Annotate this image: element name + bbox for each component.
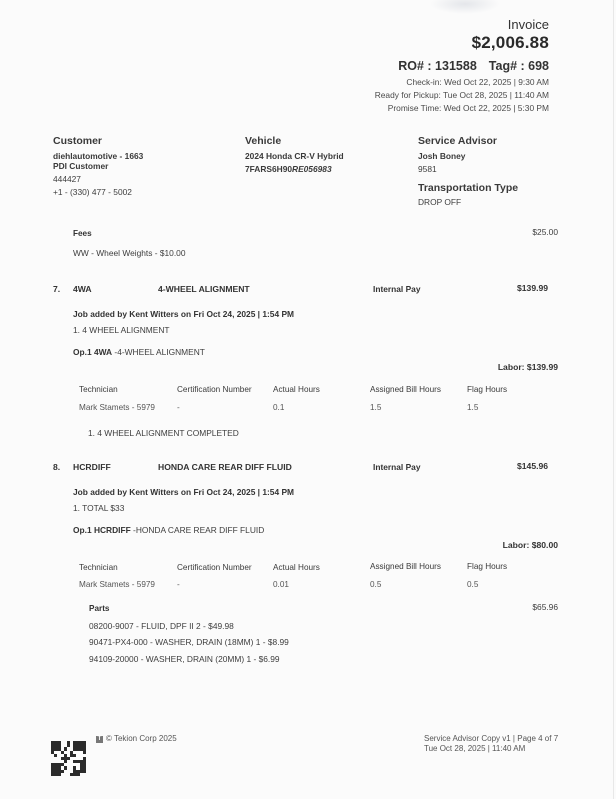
customer-name: diehlautomotive - 1663: [53, 151, 143, 161]
op-line: Op.1 HCRDIFF -HONDA CARE REAR DIFF FLUID: [73, 525, 264, 535]
qr-code-icon: [51, 741, 86, 776]
promise-time: Promise Time: Wed Oct 22, 2025 | 5:30 PM: [388, 103, 549, 113]
page-edge: [613, 0, 614, 799]
job-pay-type: Internal Pay: [373, 284, 420, 294]
transportation-value: DROP OFF: [418, 197, 461, 207]
job-code: 4WA: [73, 284, 92, 294]
col-certification: Certification Number: [177, 563, 252, 572]
job-concern: 1. 4 WHEEL ALIGNMENT: [73, 325, 170, 335]
job-added-by: Job added by Kent Witters on Fri Oct 24,…: [73, 487, 294, 497]
vehicle-vin: 7FARS6H90RE056983: [245, 164, 332, 174]
ready-for-pickup: Ready for Pickup: Tue Oct 28, 2025 | 11:…: [375, 90, 549, 100]
col-technician: Technician: [79, 563, 118, 572]
ro-number: RO# : 131588: [398, 59, 477, 73]
vehicle-label: Vehicle: [245, 135, 281, 147]
cell-assigned-bill-hours: 0.5: [370, 580, 381, 589]
labor-total: Labor: $139.99: [498, 362, 558, 372]
invoice-total: $2,006.88: [472, 33, 549, 53]
job-pay-type: Internal Pay: [373, 462, 420, 472]
service-advisor-name: Josh Boney: [418, 151, 465, 161]
customer-phone: +1 - (330) 477 - 5002: [53, 187, 132, 197]
job-concern: 1. TOTAL $33: [73, 503, 124, 513]
parts-total: $65.96: [532, 602, 558, 612]
job-number: 8.: [53, 462, 60, 472]
op-description: -HONDA CARE REAR DIFF FLUID: [133, 525, 264, 535]
printed-date: Tue Oct 28, 2025 | 11:40 AM: [424, 744, 525, 753]
job-number: 7.: [53, 284, 60, 294]
op-code: Op.1 HCRDIFF: [73, 525, 131, 535]
copyright: © Tekion Corp 2025: [106, 734, 177, 743]
col-actual-hours: Actual Hours: [273, 563, 320, 572]
customer-label: Customer: [53, 135, 102, 147]
job-added-by: Job added by Kent Witters on Fri Oct 24,…: [73, 309, 294, 319]
fees-label: Fees: [73, 229, 92, 238]
job-notes: 1. 4 WHEEL ALIGNMENT COMPLETED: [88, 428, 239, 438]
cell-flag-hours: 0.5: [467, 580, 478, 589]
cell-technician: Mark Stamets - 5979: [79, 403, 155, 412]
col-flag-hours: Flag Hours: [467, 562, 507, 571]
job-amount: $139.99: [517, 283, 548, 293]
scan-smudge: [430, 0, 500, 14]
job-amount: $145.96: [517, 461, 548, 471]
part-item: 90471-PX4-000 - WASHER, DRAIN (18MM) 1 -…: [89, 637, 289, 647]
tekion-logo-icon: T: [96, 736, 103, 743]
col-assigned-bill-hours: Assigned Bill Hours: [370, 385, 441, 394]
copy-info: Service Advisor Copy v1 | Page 4 of 7: [424, 734, 558, 743]
cell-technician: Mark Stamets - 5979: [79, 580, 155, 589]
transportation-label: Transportation Type: [418, 182, 518, 194]
vin-prefix: 7FARS6H90: [245, 164, 292, 174]
col-certification: Certification Number: [177, 385, 252, 394]
check-in: Check-in: Wed Oct 22, 2025 | 9:30 AM: [406, 77, 549, 87]
fee-item: WW - Wheel Weights - $10.00: [73, 248, 185, 258]
col-actual-hours: Actual Hours: [273, 385, 320, 394]
cell-actual-hours: 0.01: [273, 580, 289, 589]
part-item: 94109-20000 - WASHER, DRAIN (20MM) 1 - $…: [89, 654, 280, 664]
op-line: Op.1 4WA -4-WHEEL ALIGNMENT: [73, 347, 205, 357]
labor-total: Labor: $80.00: [503, 540, 558, 550]
ro-tag-line: RO# : 131588Tag# : 698: [398, 59, 549, 73]
job-title: HONDA CARE REAR DIFF FLUID: [158, 462, 292, 472]
customer-type: PDI Customer: [53, 161, 108, 171]
col-technician: Technician: [79, 385, 118, 394]
customer-id: 444427: [53, 174, 81, 184]
cell-assigned-bill-hours: 1.5: [370, 403, 381, 412]
job-code: HCRDIFF: [73, 462, 111, 472]
fees-total: $25.00: [532, 227, 558, 237]
op-description: -4-WHEEL ALIGNMENT: [114, 347, 204, 357]
part-item: 08200-9007 - FLUID, DPF II 2 - $49.98: [89, 621, 234, 631]
cell-flag-hours: 1.5: [467, 403, 478, 412]
cell-actual-hours: 0.1: [273, 403, 284, 412]
op-code: Op.1 4WA: [73, 347, 112, 357]
vehicle-description: 2024 Honda CR-V Hybrid: [245, 151, 344, 161]
cell-certification: -: [177, 403, 180, 412]
col-flag-hours: Flag Hours: [467, 385, 507, 394]
tag-number: Tag# : 698: [489, 59, 549, 73]
parts-label: Parts: [89, 604, 109, 613]
service-advisor-id: 9581: [418, 164, 437, 174]
service-advisor-label: Service Advisor: [418, 135, 497, 147]
invoice-title: Invoice: [508, 17, 549, 32]
col-assigned-bill-hours: Assigned Bill Hours: [370, 562, 441, 571]
job-title: 4-WHEEL ALIGNMENT: [158, 284, 250, 294]
vin-suffix: RE056983: [292, 164, 332, 174]
cell-certification: -: [177, 580, 180, 589]
